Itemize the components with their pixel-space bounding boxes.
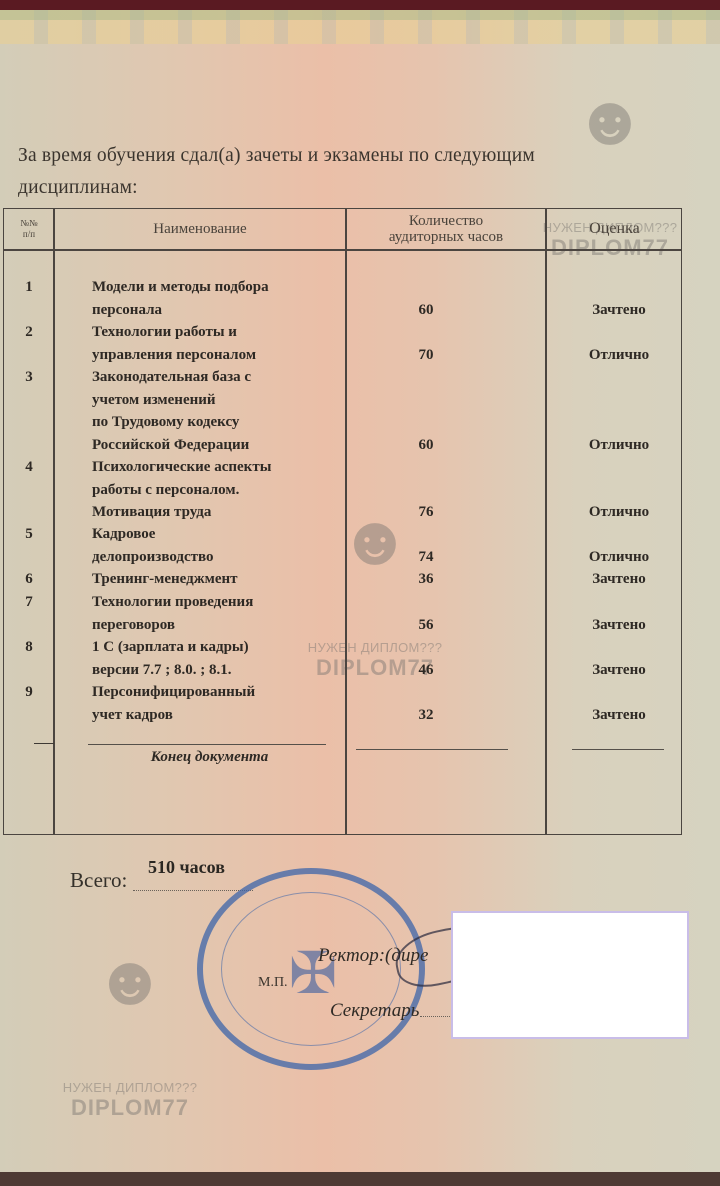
row-subject: Тренинг-менеджмент [92, 568, 347, 591]
header-divider [4, 249, 681, 251]
table-row: 4Психологические аспектыработы с персона… [4, 456, 683, 524]
bottom-border [0, 1172, 720, 1186]
end-line [356, 749, 508, 750]
row-subject: Технологии проведенияпереговоров [92, 591, 347, 636]
table-row: 81 С (зарплата и кадры)версии 7.7 ; 8.0.… [4, 636, 683, 681]
row-number: 7 [4, 591, 54, 614]
row-grade: Зачтено [564, 568, 674, 591]
row-grade: Отлично [564, 434, 674, 457]
row-number: 8 [4, 636, 54, 659]
row-subject: Законодательная база сучетом измененийпо… [92, 366, 347, 456]
intro-text: За время обучения сдал(а) зачеты и экзам… [18, 140, 698, 204]
watermark-mascot-icon: ☻ [40, 940, 220, 1020]
row-subject: Кадровоеделопроизводство [92, 523, 347, 568]
table-row: 1Модели и методы подбораперсонала60Зачте… [4, 276, 683, 321]
row-subject: Персонифицированныйучет кадров [92, 681, 347, 726]
row-number: 3 [4, 366, 54, 389]
total-dots [133, 890, 253, 891]
table-row: 2Технологии работы иуправления персонало… [4, 321, 683, 366]
row-grade: Зачтено [564, 704, 674, 727]
official-seal: ✠ [197, 868, 425, 1070]
header-hours: Количествоаудиторных часов [346, 209, 546, 249]
row-subject: Модели и методы подбораперсонала [92, 276, 347, 321]
row-grade: Зачтено [564, 614, 674, 637]
row-number: 9 [4, 681, 54, 704]
row-number: 2 [4, 321, 54, 344]
row-subject: Технологии работы иуправления персоналом [92, 321, 347, 366]
total-value: 510 часов [148, 857, 225, 878]
end-line [572, 749, 664, 750]
row-hours: 46 [346, 659, 506, 682]
end-line [88, 744, 326, 745]
row-hours: 76 [346, 501, 506, 524]
row-hours: 60 [346, 434, 506, 457]
end-dash [34, 743, 54, 744]
row-hours: 56 [346, 614, 506, 637]
row-grade: Зачтено [564, 659, 674, 682]
row-grade: Зачтено [564, 299, 674, 322]
row-hours: 74 [346, 546, 506, 569]
header-name: Наименование [54, 209, 346, 249]
top-border [0, 0, 720, 10]
total-label: Всего: [70, 868, 127, 893]
table-row: 3Законодательная база сучетом измененийп… [4, 366, 683, 456]
row-subject: 1 С (зарплата и кадры)версии 7.7 ; 8.0. … [92, 636, 347, 681]
seal-label: М.П. [258, 975, 288, 991]
row-grade: Отлично [564, 344, 674, 367]
secretary-label: Секретарь [330, 1000, 419, 1022]
table-row: 5Кадровоеделопроизводство74Отлично [4, 523, 683, 568]
row-subject: Психологические аспектыработы с персонал… [92, 456, 347, 524]
row-number: 6 [4, 568, 54, 591]
header-grade: Оценка [546, 209, 683, 249]
row-hours: 36 [346, 568, 506, 591]
row-grade: Отлично [564, 546, 674, 569]
table-row: 6Тренинг-менеджмент36Зачтено [4, 568, 683, 591]
table-row: 7Технологии проведенияпереговоров56Зачте… [4, 591, 683, 636]
row-hours: 70 [346, 344, 506, 367]
row-number: 5 [4, 523, 54, 546]
grades-table: №№п/п Наименование Количествоаудиторных … [3, 208, 682, 835]
header-number: №№п/п [4, 209, 54, 249]
row-hours: 60 [346, 299, 506, 322]
watermark: ☻ НУЖЕН ДИПЛОМ??? DIPLOM77 [40, 940, 220, 1121]
decorative-ornament-band [0, 10, 720, 20]
row-number: 4 [4, 456, 54, 479]
redaction-box [451, 911, 689, 1039]
row-grade: Отлично [564, 501, 674, 524]
table-row: 9Персонифицированныйучет кадров32Зачтено [4, 681, 683, 726]
end-of-document: Конец документа [92, 749, 327, 766]
row-number: 1 [4, 276, 54, 299]
row-hours: 32 [346, 704, 506, 727]
